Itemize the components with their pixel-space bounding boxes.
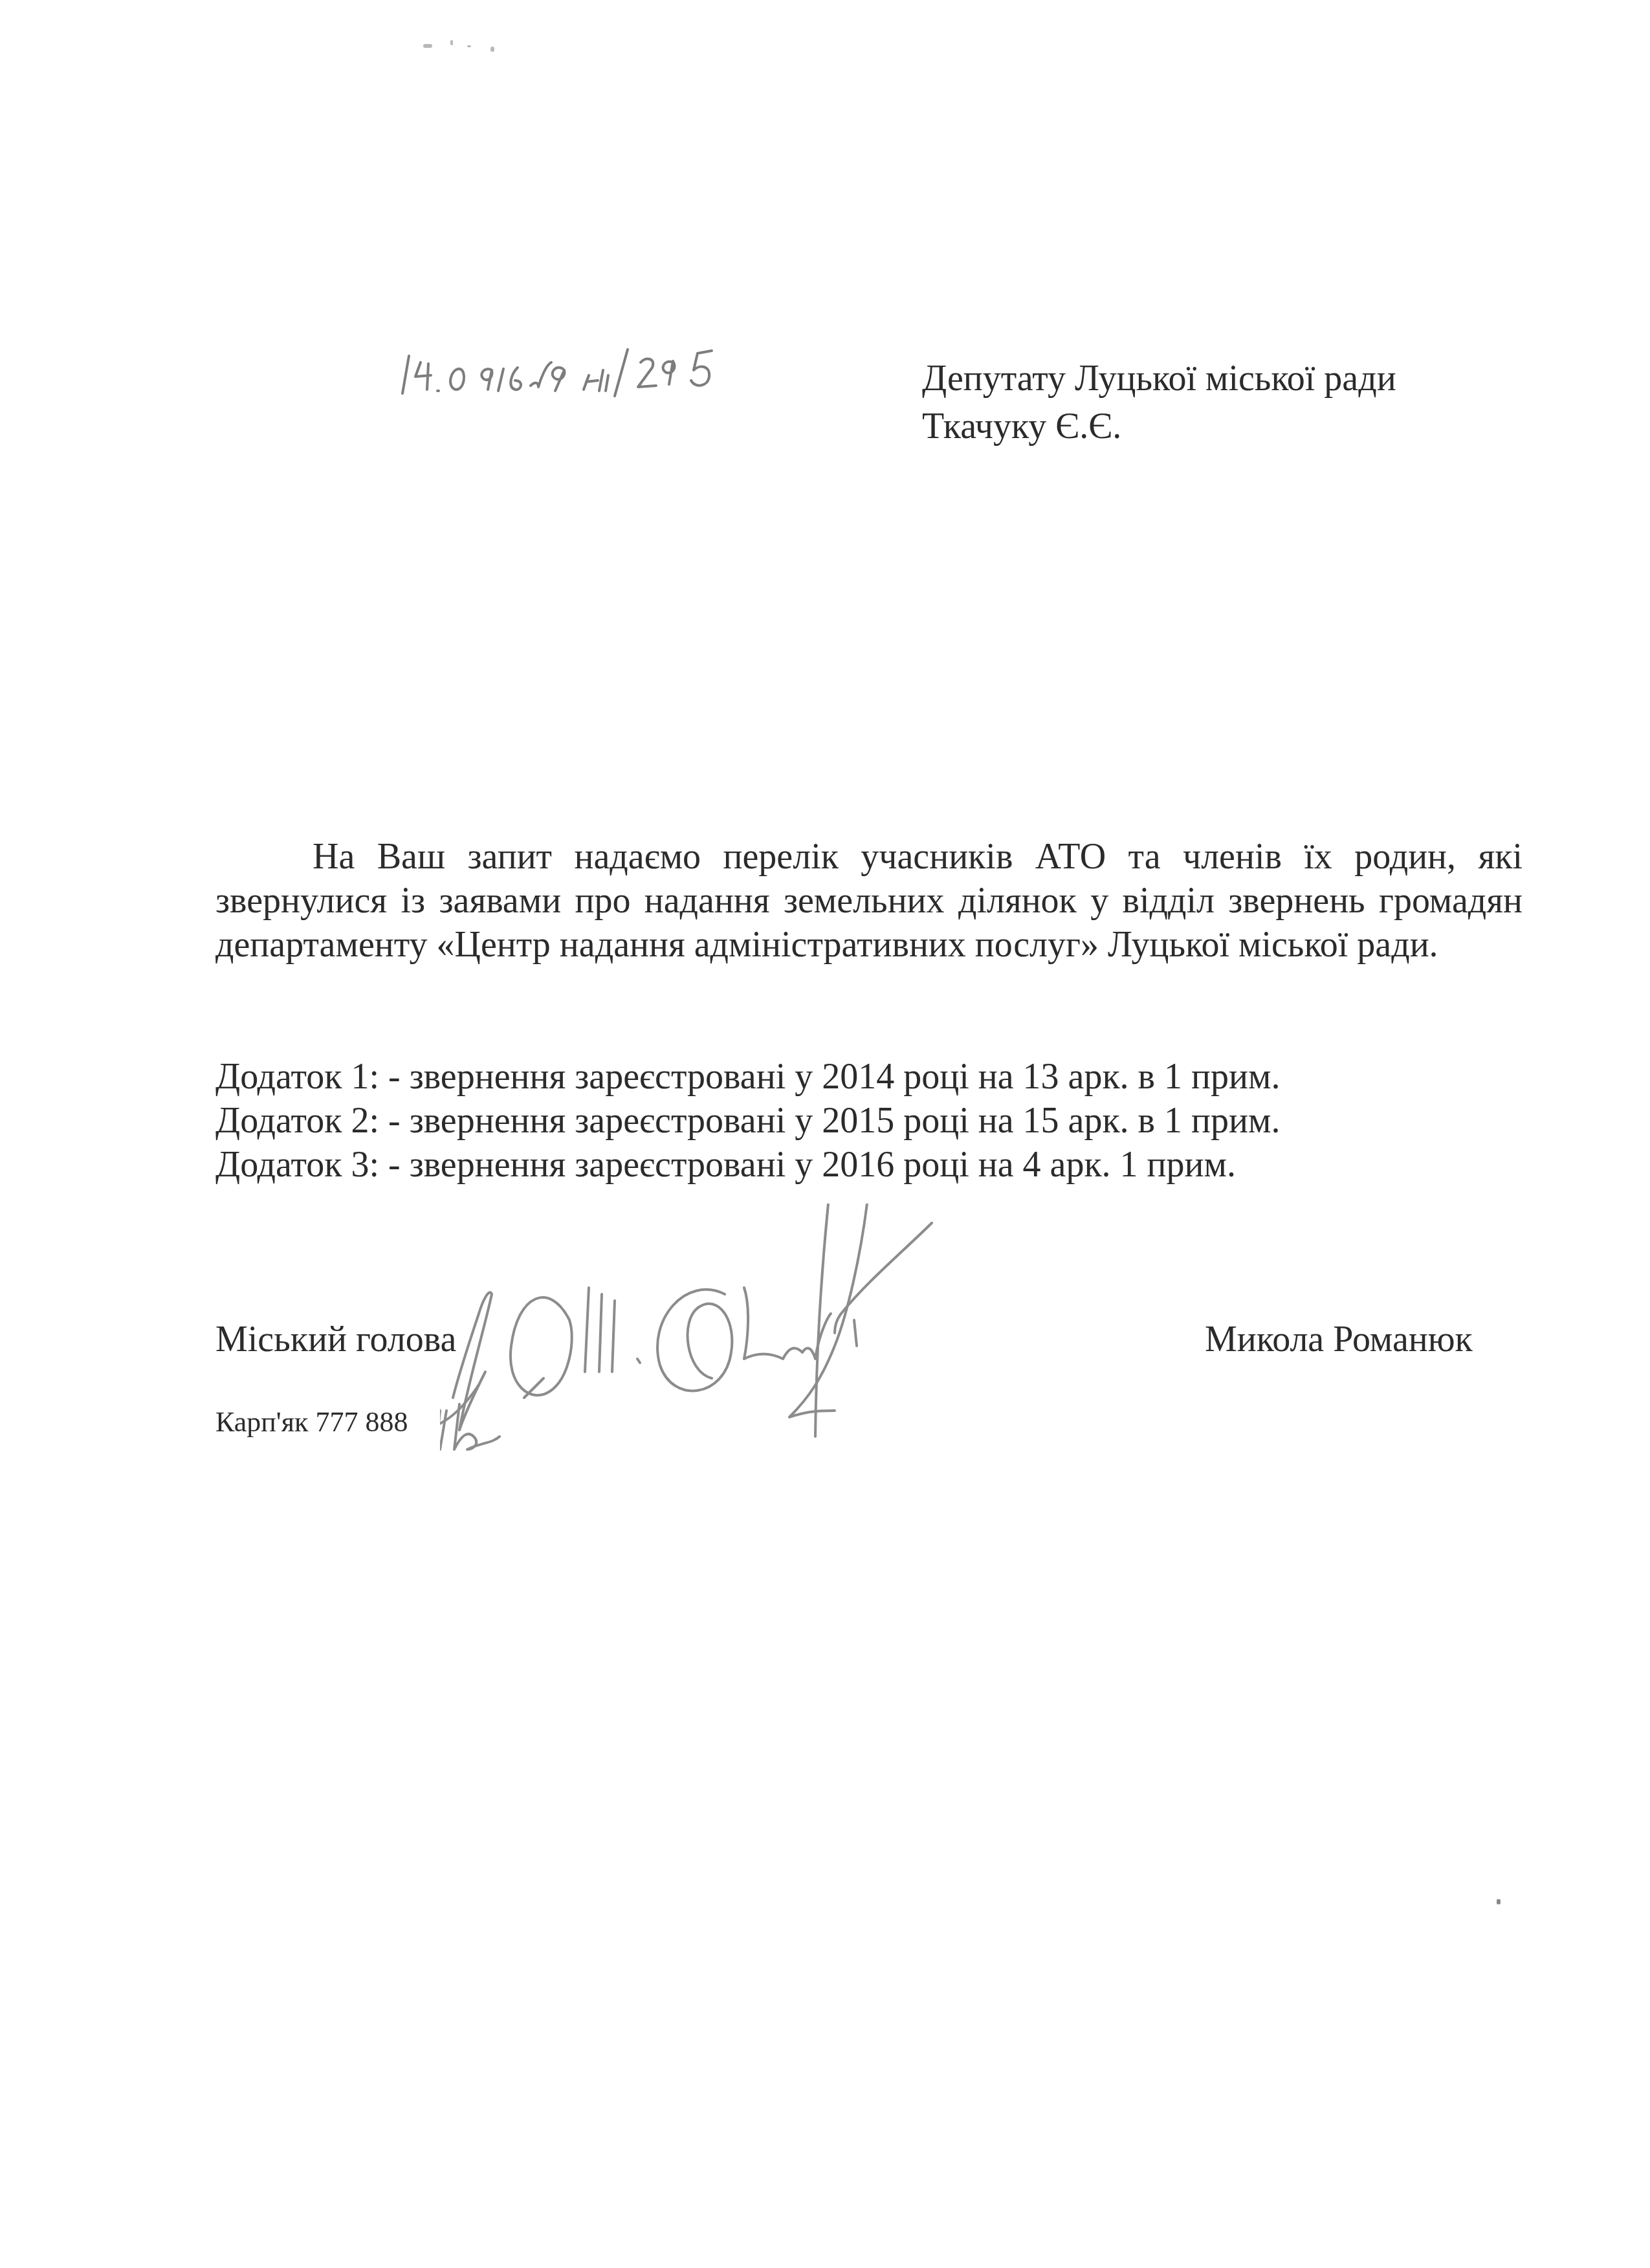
- scan-dot: [1497, 1899, 1501, 1904]
- scan-specks: [421, 32, 505, 58]
- signature-strokes: [440, 1204, 1294, 1475]
- executor-contact: Карп'як 777 888: [215, 1405, 408, 1438]
- handwritten-registration-number-strokes: 14.09.16 №9-41/295: [395, 336, 757, 401]
- signer-title: Міський голова: [215, 1319, 456, 1360]
- addressee-position: Депутату Луцької міської ради: [922, 355, 1396, 402]
- handwritten-registration-number: 14.09.16 №9-41/295: [395, 336, 757, 401]
- attachments-list: Додаток 1: - звернення зареєстровані у 2…: [215, 1055, 1280, 1187]
- body-paragraph: На Ваш запит надаємо перелік учасників А…: [215, 835, 1523, 967]
- attachment-item: Додаток 2: - звернення зареєстровані у 2…: [215, 1099, 1280, 1143]
- attachment-item: Додаток 3: - звернення зареєстровані у 2…: [215, 1143, 1280, 1187]
- addressee-name: Ткачуку Є.Є.: [922, 402, 1396, 450]
- attachment-item: Додаток 1: - звернення зареєстровані у 2…: [215, 1055, 1280, 1099]
- handwritten-signature: [440, 1204, 1294, 1475]
- document-page: 14.09.16 №9-41/295 Депутату Луцької місь…: [0, 0, 1650, 2268]
- addressee-block: Депутату Луцької міської ради Ткачуку Є.…: [922, 355, 1396, 450]
